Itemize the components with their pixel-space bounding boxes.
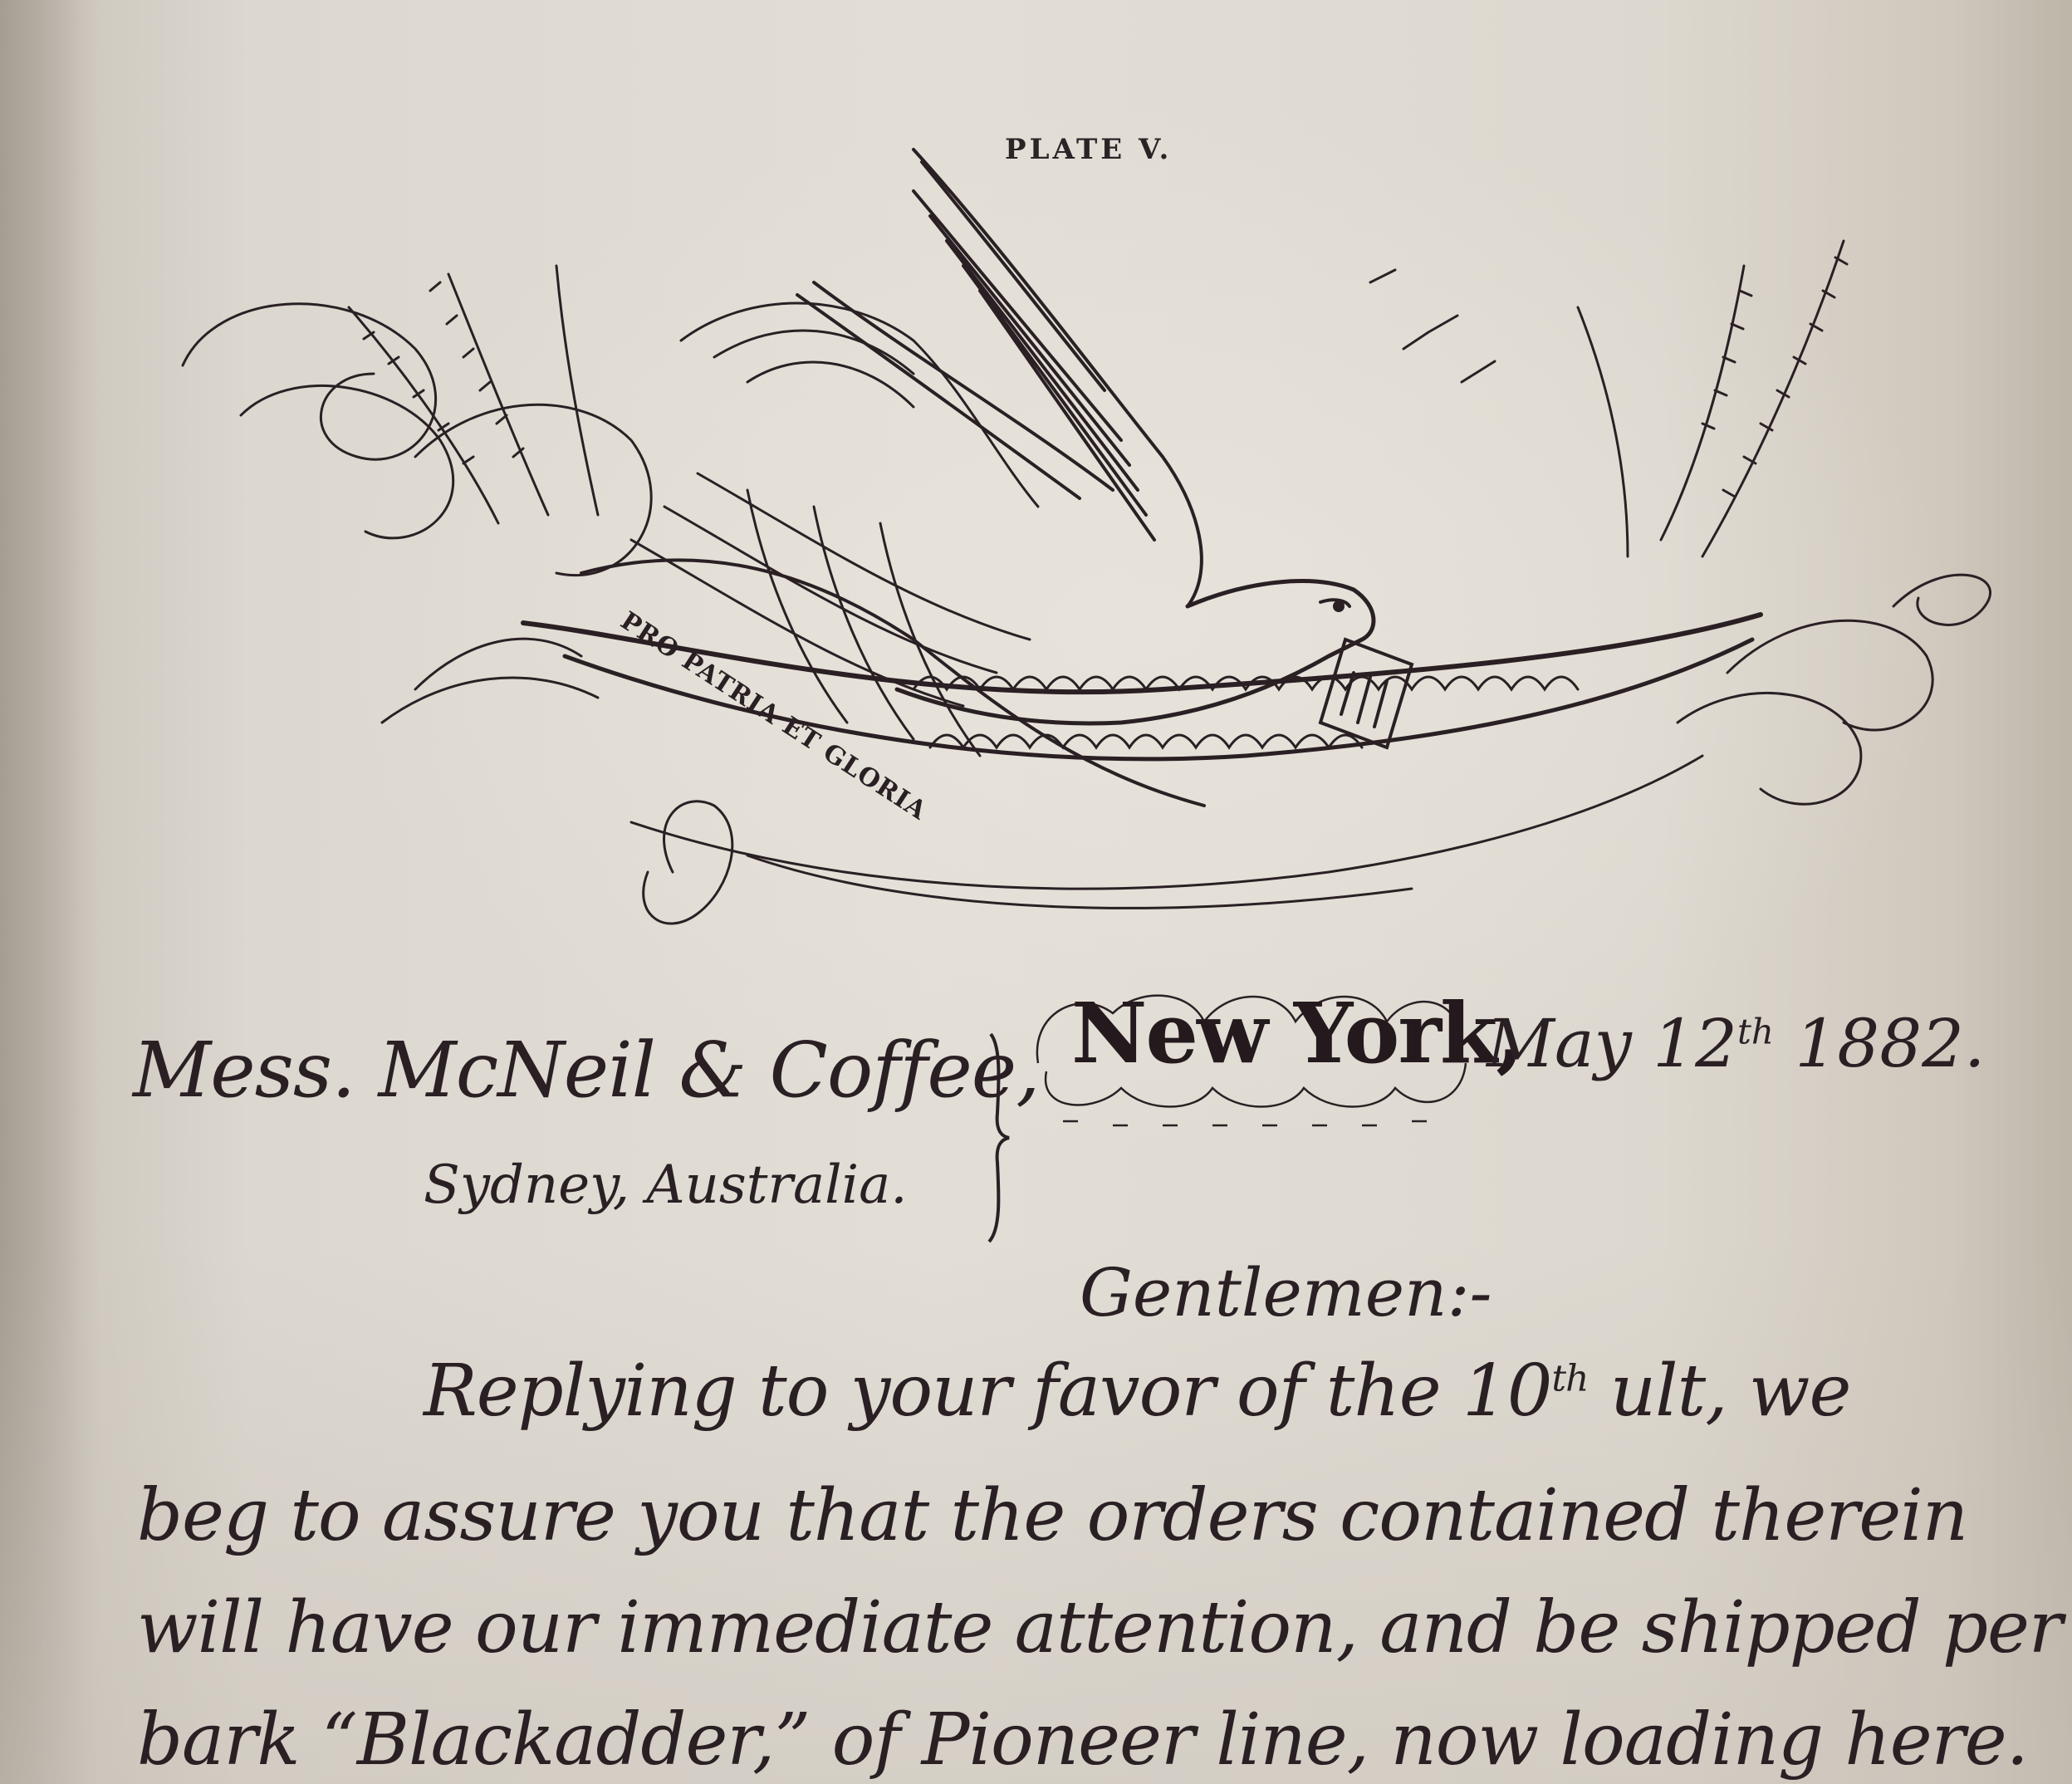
body-line-1-text: Replying to your favor of the 10: [424, 1350, 1551, 1433]
body-line-2: beg to assure you that the orders contai…: [137, 1474, 1967, 1557]
body-line-4: bark “Blackadder,” of Pioneer line, now …: [137, 1698, 2028, 1782]
addressee-name: Mess. McNeil & Coffee,: [133, 1026, 1039, 1115]
flourish-swirls: [183, 241, 1991, 924]
dove-icon: [797, 149, 1412, 747]
date-year: 1882.: [1795, 1005, 1985, 1082]
letter-date: May 12th 1882.: [1487, 1005, 1985, 1082]
body-line-1-ordinal: th: [1551, 1357, 1588, 1399]
body-line-1: Replying to your favor of the 10th ult, …: [424, 1350, 1850, 1433]
salutation: Gentlemen:-: [1080, 1254, 1492, 1331]
dove-flourish-ornament: [166, 141, 1993, 972]
body-line-1-end: ult, we: [1588, 1350, 1850, 1433]
date-day: May 12: [1487, 1005, 1737, 1082]
curly-brace-icon: [984, 1030, 1017, 1246]
place-name: New York,: [1071, 984, 1523, 1082]
date-ordinal: th: [1737, 1011, 1774, 1051]
addressee-city: Sydney, Australia.: [424, 1154, 908, 1216]
body-line-3: will have our immediate attention, and b…: [137, 1586, 2062, 1669]
